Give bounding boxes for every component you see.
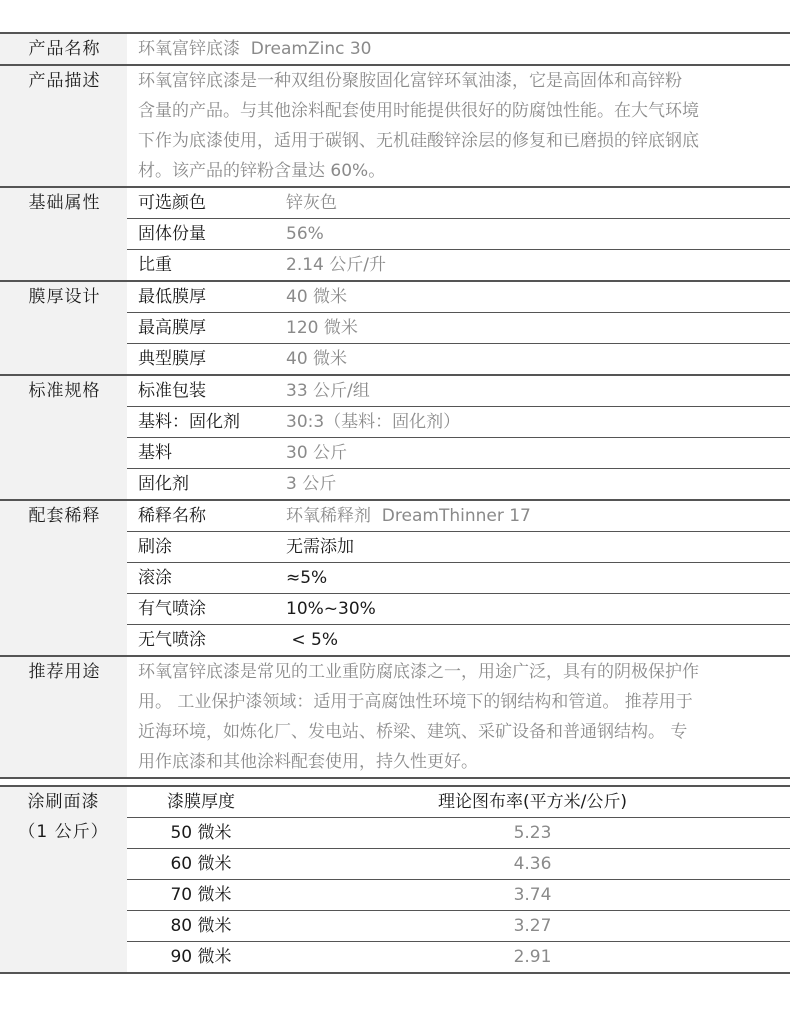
row-recommended-use: 推荐用途 环氧富锌底漆是常见的工业重防腐底漆之一，用途广泛，具有的阴极保护作 用… [0,656,790,778]
value-film-typical: 40 微米 [286,344,790,376]
row-pack: 标准规格 标准包装 33 公斤/组 [0,375,790,407]
category-topcoat: 涂刷面漆 （1 公斤） [0,786,127,973]
label-thinner-name: 稀释名称 [127,500,286,532]
label-roller: 滚涂 [127,563,286,594]
value-thinner-name: 环氧稀释剂 DreamThinner 17 [286,500,790,532]
thickness-cell: 50 微米 [127,818,275,849]
row-basic-color: 基础属性 可选颜色 锌灰色 [0,187,790,219]
coverage-table: 涂刷面漆 （1 公斤） 漆膜厚度 理论图布率(平方米/公斤) 50 微米 5.2… [0,785,790,974]
value-film-min: 40 微米 [286,281,790,313]
product-spec-table: 产品名称 环氧富锌底漆 DreamZinc 30 产品描述 环氧富锌底漆是一种双… [0,32,790,779]
value-solids: 56% [286,219,790,250]
thickness-cell: 60 微米 [127,849,275,880]
coverage-header-row: 涂刷面漆 （1 公斤） 漆膜厚度 理论图布率(平方米/公斤) [0,786,790,818]
label-density: 比重 [127,250,286,282]
thickness-cell: 70 微米 [127,880,275,911]
rate-cell: 4.36 [275,849,790,880]
category-standard-spec: 标准规格 [0,375,127,500]
rate-cell: 3.27 [275,911,790,942]
value-base: 30 公斤 [286,438,790,469]
label-airless-spray: 无气喷涂 [127,625,286,657]
category-product-name: 产品名称 [0,33,127,65]
label-film-max: 最高膜厚 [127,313,286,344]
label-color: 可选颜色 [127,187,286,219]
header-film-thickness: 漆膜厚度 [127,786,275,818]
value-brush: 无需添加 [286,532,790,563]
value-color: 锌灰色 [286,187,790,219]
rate-cell: 2.91 [275,942,790,974]
rate-cell: 5.23 [275,818,790,849]
value-air-spray: 10%~30% [286,594,790,625]
row-product-description: 产品描述 环氧富锌底漆是一种双组份聚胺固化富锌环氧油漆，它是高固体和高锌粉 含量… [0,65,790,187]
thickness-cell: 90 微米 [127,942,275,974]
value-mix-ratio: 30:3（基料：固化剂） [286,407,790,438]
label-brush: 刷涂 [127,532,286,563]
product-name-value: 环氧富锌底漆 DreamZinc 30 [127,33,790,65]
label-film-min: 最低膜厚 [127,281,286,313]
category-recommended-use: 推荐用途 [0,656,127,778]
category-film-thickness: 膜厚设计 [0,281,127,375]
label-solids: 固体份量 [127,219,286,250]
recommended-use-text: 环氧富锌底漆是常见的工业重防腐底漆之一，用途广泛，具有的阴极保护作 用。 工业保… [127,656,790,778]
product-description-text: 环氧富锌底漆是一种双组份聚胺固化富锌环氧油漆，它是高固体和高锌粉 含量的产品。与… [127,65,790,187]
label-air-spray: 有气喷涂 [127,594,286,625]
rate-cell: 3.74 [275,880,790,911]
row-thinner-name: 配套稀释 稀释名称 环氧稀释剂 DreamThinner 17 [0,500,790,532]
value-roller: ≈5% [286,563,790,594]
label-pack: 标准包装 [127,375,286,407]
category-product-description: 产品描述 [0,65,127,187]
thickness-cell: 80 微米 [127,911,275,942]
label-film-typical: 典型膜厚 [127,344,286,376]
value-density: 2.14 公斤/升 [286,250,790,282]
category-thinner: 配套稀释 [0,500,127,656]
label-mix-ratio: 基料：固化剂 [127,407,286,438]
value-film-max: 120 微米 [286,313,790,344]
label-base: 基料 [127,438,286,469]
header-coverage-rate: 理论图布率(平方米/公斤) [275,786,790,818]
row-film-min: 膜厚设计 最低膜厚 40 微米 [0,281,790,313]
category-basic-properties: 基础属性 [0,187,127,281]
label-hardener: 固化剂 [127,469,286,501]
value-pack: 33 公斤/组 [286,375,790,407]
row-product-name: 产品名称 环氧富锌底漆 DreamZinc 30 [0,33,790,65]
value-airless-spray: < 5% [286,625,790,657]
value-hardener: 3 公斤 [286,469,790,501]
